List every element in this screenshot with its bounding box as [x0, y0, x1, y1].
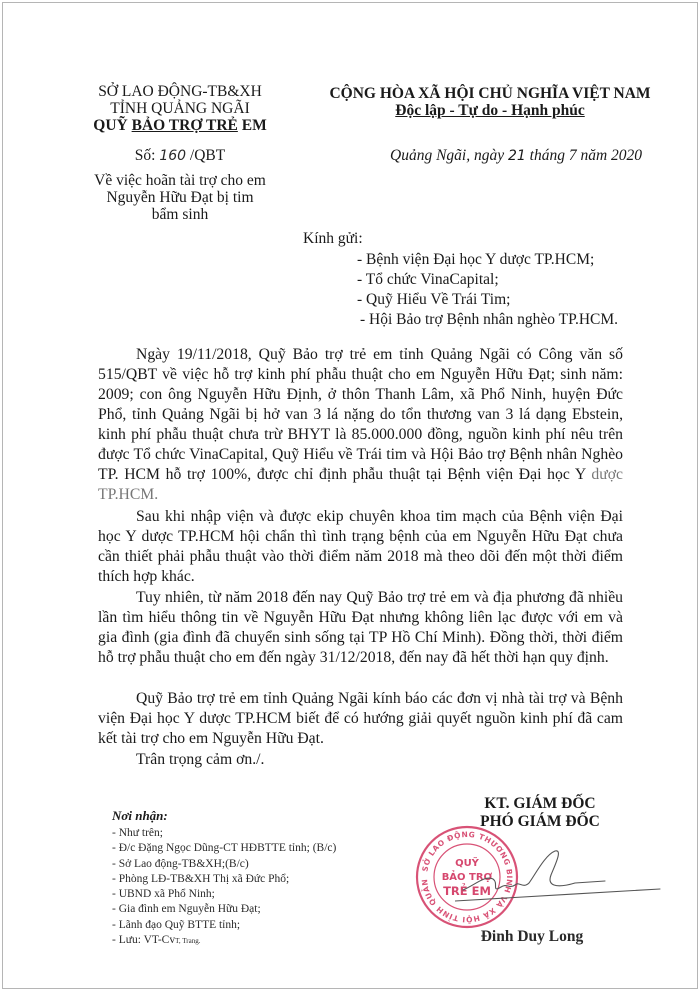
addressee-item: - Bệnh viện Đại học Y dược TP.HCM;	[357, 250, 618, 270]
addressees-label: Kính gửi:	[303, 230, 363, 248]
handwritten-day: 21	[508, 148, 526, 164]
national-title: CỘNG HÒA XÃ HỘI CHỦ NGHĨA VIỆT NAM	[310, 85, 670, 102]
agency-line-1: SỞ LAO ĐỘNG-TB&XH	[80, 83, 280, 100]
cc-item: - Sở Lao động-TB&XH;(B/c)	[112, 857, 336, 872]
national-header: CỘNG HÒA XÃ HỘI CHỦ NGHĨA VIỆT NAM Độc l…	[310, 85, 670, 119]
cc-list: - Như trên; - Đ/c Đặng Ngọc Dũng-CT HĐBT…	[112, 826, 336, 949]
cc-item: - Đ/c Đặng Ngọc Dũng-CT HĐBTTE tỉnh; (B/…	[112, 841, 336, 856]
cc-item: - Lưu: VT-CvT, Trang.	[112, 933, 336, 949]
body-paragraph-3: Tuy nhiên, từ năm 2018 đến nay Quỹ Bảo t…	[98, 588, 623, 668]
national-motto: Độc lập - Tự do - Hạnh phúc	[310, 102, 670, 119]
closing-line: Trân trọng cảm ơn./.	[98, 750, 623, 770]
agency-line-3: QUỸ BẢO TRỢ TRẺ EM	[80, 117, 280, 134]
handwritten-signature-icon	[455, 845, 665, 905]
addressee-item: - Tổ chức VinaCapital;	[357, 270, 618, 290]
document-date: Quảng Ngãi, ngày 21 tháng 7 năm 2020	[390, 147, 670, 165]
signer-name: Đinh Duy Long	[452, 928, 612, 946]
cc-item: - Gia đình em Nguyễn Hữu Đạt;	[112, 902, 336, 917]
agency-line-2: TỈNH QUẢNG NGÃI	[80, 100, 280, 117]
cc-title: Nơi nhận:	[112, 808, 168, 824]
cc-item: - Phòng LĐ-TB&XH Thị xã Đức Phổ;	[112, 872, 336, 887]
body-paragraph-1: Ngày 19/11/2018, Quỹ Bảo trợ trẻ em tỉnh…	[98, 345, 623, 505]
subject: Về việc hoãn tài trợ cho em Nguyễn Hữu Đ…	[70, 172, 290, 223]
cc-item: - Lãnh đạo Quỹ BTTE tỉnh;	[112, 918, 336, 933]
cc-item: - UBND xã Phổ Ninh;	[112, 887, 336, 902]
addressee-item: - Quỹ Hiểu Về Trái Tim;	[357, 290, 618, 310]
document-number: Số: 160 /QBT	[80, 147, 280, 165]
cc-item: - Như trên;	[112, 826, 336, 841]
body-paragraph-4: Quỹ Bảo trợ trẻ em tỉnh Quảng Ngãi kính …	[98, 689, 623, 749]
handwritten-number: 160	[159, 148, 186, 164]
addressee-item: - Hội Bảo trợ Bệnh nhân nghèo TP.HCM.	[360, 310, 618, 330]
body-paragraph-2: Sau khi nhập viện và được ekip chuyên kh…	[98, 507, 623, 587]
addressees-list: - Bệnh viện Đại học Y dược TP.HCM; - Tổ …	[357, 250, 618, 330]
issuing-agency: SỞ LAO ĐỘNG-TB&XH TỈNH QUẢNG NGÃI QUỸ BẢ…	[80, 83, 280, 134]
